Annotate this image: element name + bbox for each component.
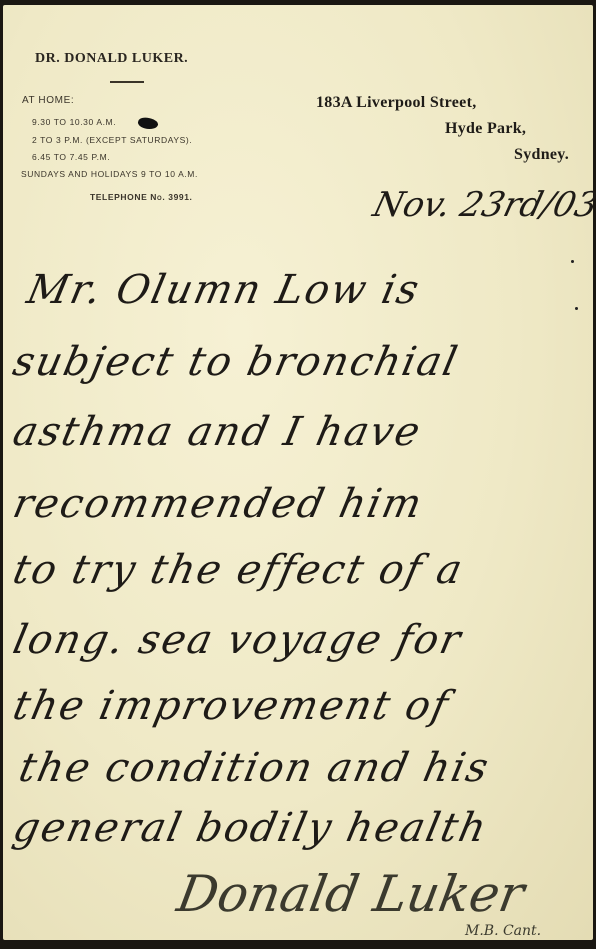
address-line-2: Hyde Park,	[445, 120, 526, 138]
letterhead-name: DR. DONALD LUKER.	[35, 51, 188, 67]
letter-date: Nov. 23rd/03	[369, 185, 596, 225]
body-line-3: asthma and I have	[9, 409, 426, 455]
body-line-1: Mr. Olumn Low is	[23, 267, 425, 313]
ink-blot	[137, 116, 159, 132]
hours-line-3: 6.45 TO 7.45 P.M.	[32, 152, 110, 162]
address-line-1: 183A Liverpool Street,	[316, 94, 477, 112]
body-line-9: general bodily health	[9, 805, 492, 851]
hours-line-2: 2 TO 3 P.M. (EXCEPT SATURDAYS).	[32, 135, 192, 145]
signature: Donald Luker	[173, 865, 529, 923]
hours-line-1: 9.30 TO 10.30 A.M.	[32, 117, 116, 127]
ink-speck	[575, 307, 578, 310]
telephone-number: TELEPHONE No. 3991.	[90, 192, 193, 202]
at-home-label: AT HOME:	[22, 95, 74, 106]
ink-speck	[571, 260, 574, 263]
sundays-hours: SUNDAYS AND HOLIDAYS 9 TO 10 A.M.	[21, 169, 198, 179]
letter-page: DR. DONALD LUKER. AT HOME: 9.30 TO 10.30…	[3, 5, 593, 940]
signature-credentials: M.B. Cant.	[465, 923, 541, 939]
body-line-4: recommended him	[9, 481, 427, 527]
letterhead-divider	[110, 81, 144, 83]
body-line-6: long. sea voyage for	[9, 617, 466, 663]
body-line-2: subject to bronchial	[9, 339, 463, 385]
body-line-8: the condition and his	[15, 745, 494, 791]
address-line-3: Sydney.	[514, 146, 569, 164]
body-line-5: to try the effect of a	[9, 547, 468, 593]
body-line-7: the improvement of	[9, 683, 454, 729]
